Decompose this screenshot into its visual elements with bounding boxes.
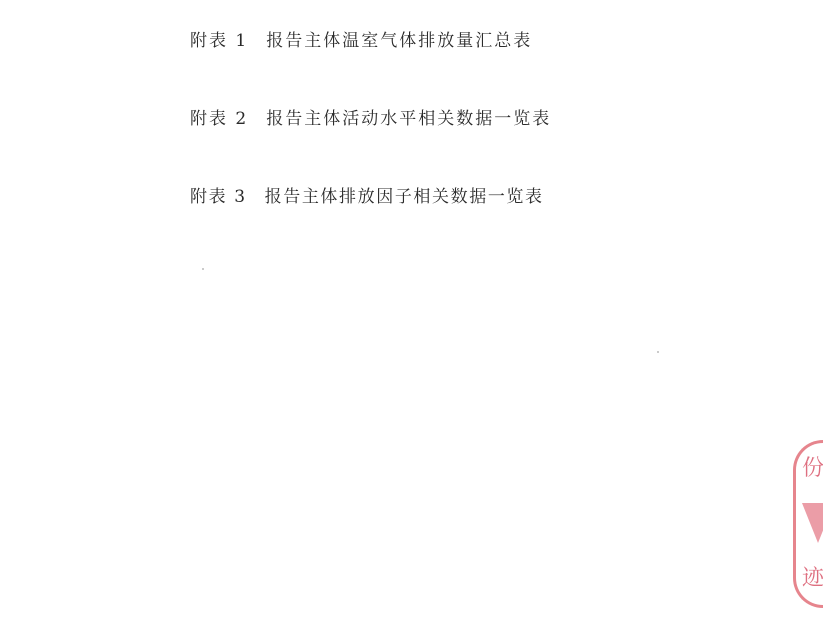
appendix-entry-1: 附表 1报告主体温室气体排放量汇总表 [190,26,532,51]
appendix-title: 报告主体活动水平相关数据一览表 [266,109,551,129]
appendix-title: 报告主体温室气体排放量汇总表 [266,31,532,51]
appendix-label: 附表 2 [190,109,248,129]
appendix-label: 附表 1 [190,31,248,51]
official-seal-partial: 份 迹 [793,440,823,608]
scan-speck [657,351,659,353]
seal-char-bottom: 迹 [802,561,823,592]
appendix-title: 报告主体排放因子相关数据一览表 [265,187,544,207]
seal-star-icon [802,503,823,543]
appendix-entry-2: 附表 2报告主体活动水平相关数据一览表 [190,104,551,129]
seal-char-top: 份 [802,451,823,482]
appendix-label: 附表 3 [190,187,247,207]
appendix-entry-3: 附表 3报告主体排放因子相关数据一览表 [190,182,544,207]
scan-speck [202,268,204,270]
